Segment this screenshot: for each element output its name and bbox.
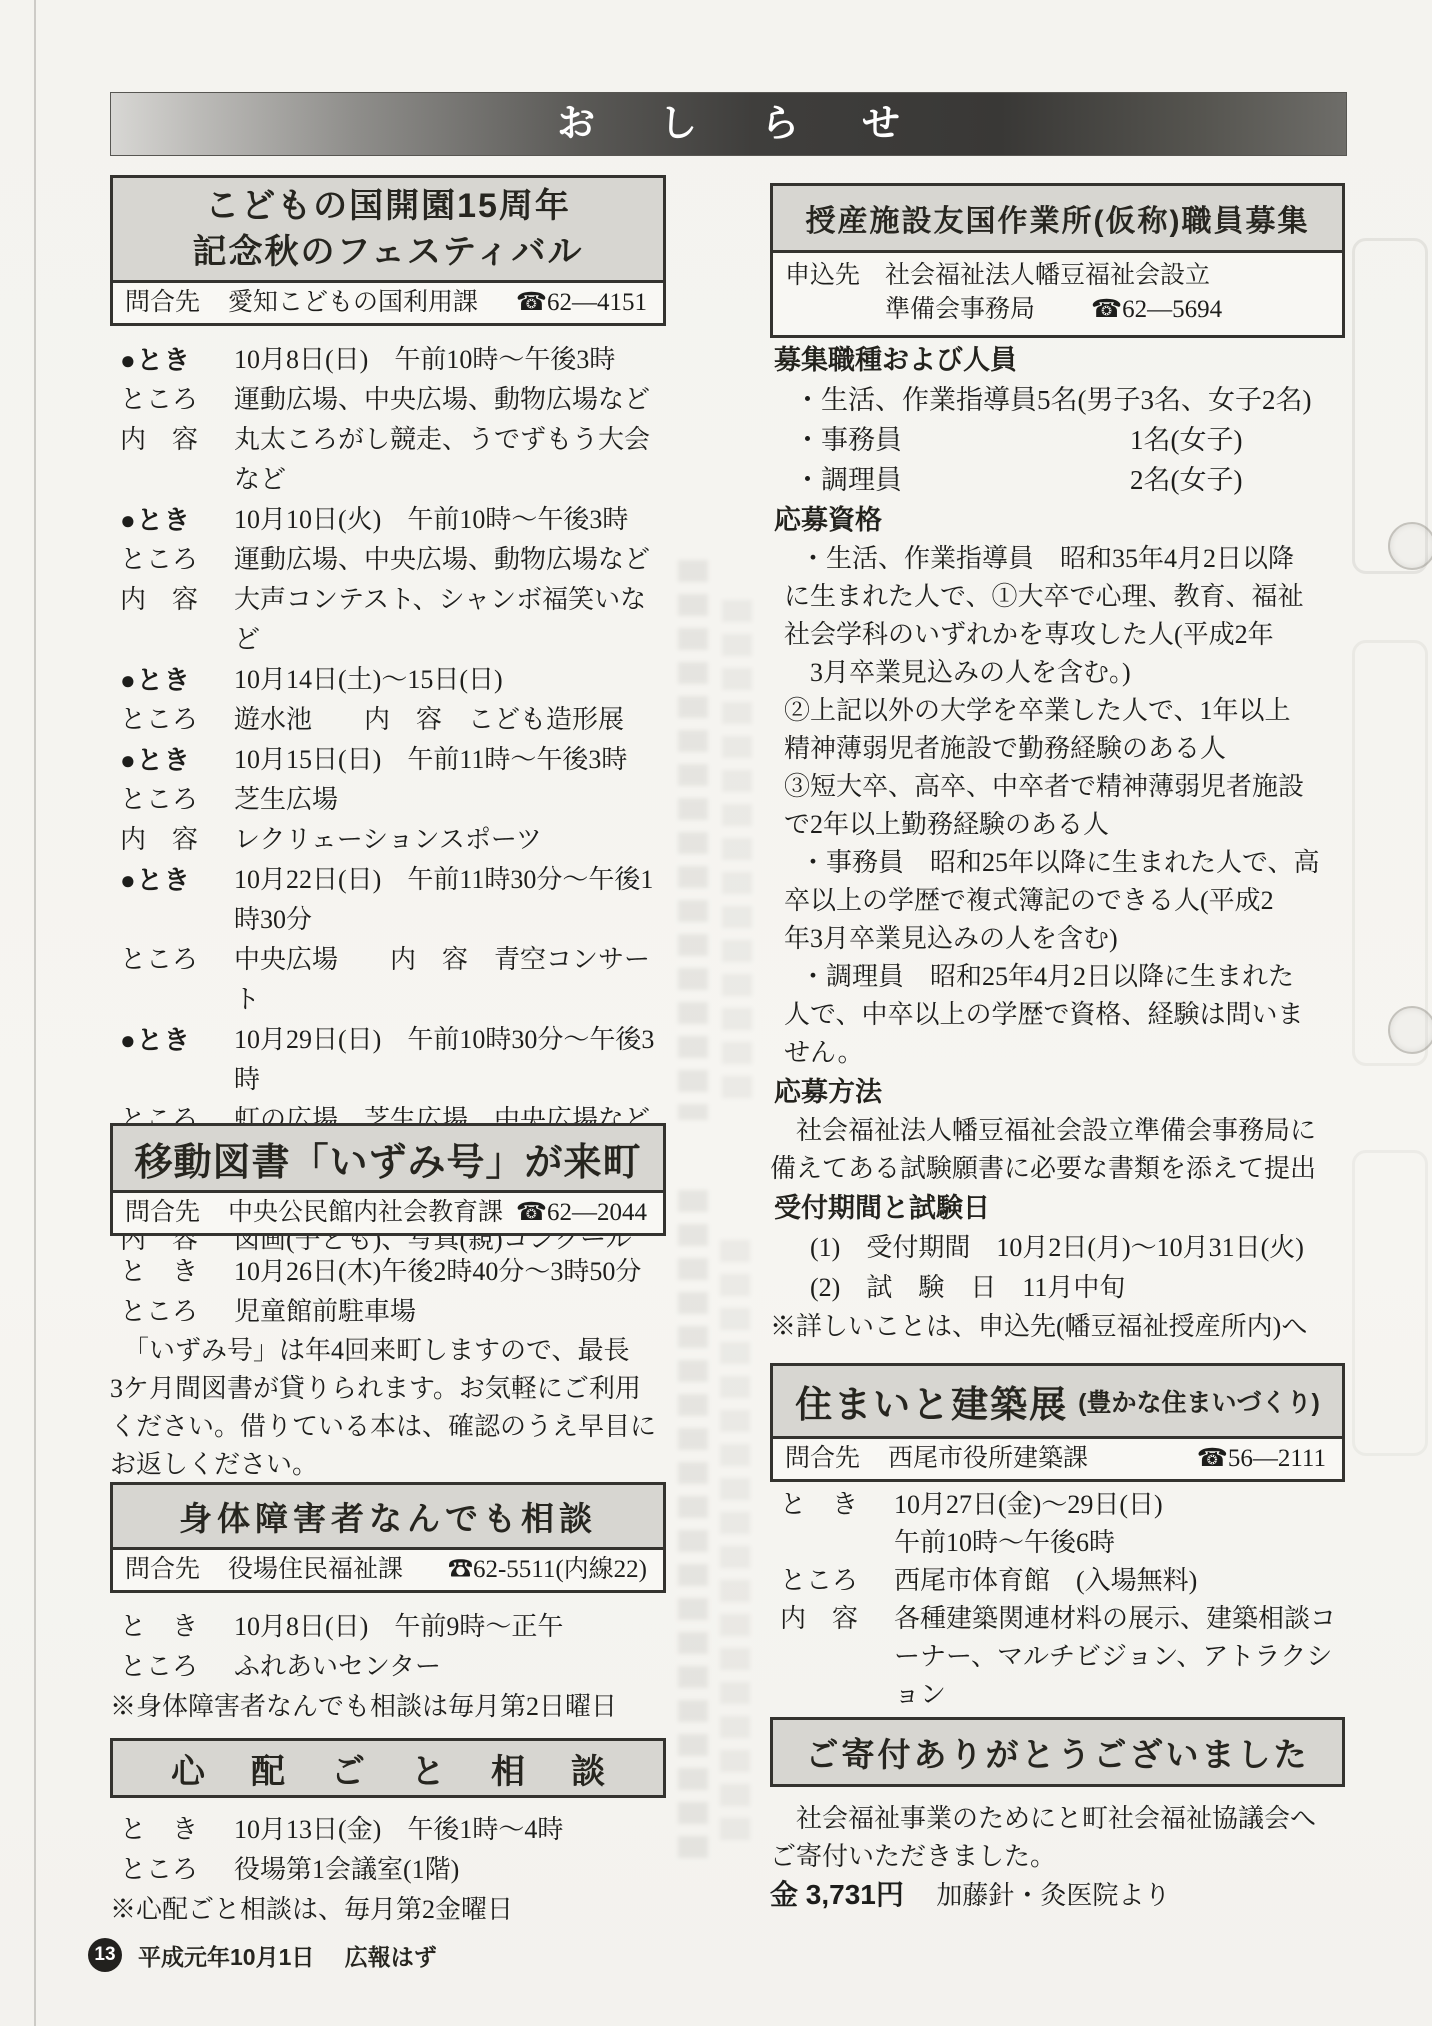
position-name: ・事務員 (770, 420, 1130, 460)
row-label: ところ (110, 700, 234, 740)
row-label: ところ (110, 940, 234, 980)
schedule-row: と き10月26日(木)午後2時40分〜3時50分 (110, 1252, 666, 1292)
row-label: ●とき (110, 660, 234, 700)
bleedthrough-artifact (1352, 238, 1428, 574)
row-label: と き (110, 1810, 234, 1850)
row-value: 運動広場、中央広場、動物広場など (234, 380, 666, 420)
bleedthrough-artifact (1352, 640, 1428, 1066)
section-disability-consultation: 身体障害者なんでも相談 問合先 役場住民福祉課 ☎62-5511(内線22) と… (110, 1482, 666, 1727)
row-value: 10月14日(土)〜15日(日) (234, 660, 666, 700)
announcements-banner: おしらせ (110, 92, 1347, 156)
schedule-row: ところ運動広場、中央広場、動物広場など (110, 540, 666, 580)
page-number-badge: 13 (88, 1938, 122, 1972)
donation-body: 社会福祉事業のためにと町社会福祉協議会へ ご寄付いただきました。 金 3,731… (770, 1800, 1345, 1915)
row-value: 役場第1会議室(1階) (234, 1850, 666, 1890)
row-label: ところ (770, 1562, 894, 1600)
schedule-row: ところふれあいセンター (110, 1647, 666, 1687)
schedule-line: (2) 試 験 日 11月中旬 (770, 1268, 1345, 1308)
position-item: ・調理員 2名(女子) (770, 460, 1345, 500)
row-value: レクリェーションスポーツ (234, 820, 666, 860)
recruitment-title: 授産施設友国作業所(仮称)職員募集 (773, 186, 1342, 250)
phone-number: ☎62-5511(内線22) (448, 1550, 651, 1590)
worry-body: と き10月13日(金) 午後1時〜4時 ところ役場第1会議室(1階) ※心配ご… (110, 1810, 666, 1930)
library-title: 移動図書「いずみ号」が来町 (113, 1126, 663, 1190)
qualification-line: 卒以上の学歴で複式簿記のできる人(平成2 (770, 882, 1345, 920)
row-label: ●とき (110, 740, 234, 780)
apply-label: 申込先 (785, 259, 885, 327)
festival-body: ●とき10月8日(日) 午前10時〜午後3時 ところ運動広場、中央広場、動物広場… (110, 340, 666, 1260)
schedule-row: ●とき10月8日(日) 午前10時〜午後3時 (110, 340, 666, 380)
row-value: ーナー、マルチビジョン、アトラクション (894, 1638, 1345, 1714)
schedule-note: ※詳しいことは、申込先(幡豆福祉授産所内)へ (770, 1308, 1345, 1346)
contact-label: 問合先 (785, 1439, 860, 1479)
qualification-line: 人で、中卒以上の学歴で資格、経験は問いま (770, 996, 1345, 1034)
schedule-row: 内 容大声コンテスト、シャンボ福笑いなど (110, 580, 666, 660)
schedule-row: ところ中央広場 内 容 青空コンサート (110, 940, 666, 1020)
contact-label: 問合先 (125, 1550, 200, 1590)
position-count: 2名(女子) (1130, 460, 1242, 500)
schedule-row: ところ運動広場、中央広場、動物広場など (110, 380, 666, 420)
disability-body: と き10月8日(日) 午前9時〜正午 ところふれあいセンター ※身体障害者なん… (110, 1607, 666, 1727)
library-title-box: 移動図書「いずみ号」が来町 問合先 中央公民館内社会教育課 ☎62—2044 (110, 1123, 666, 1236)
phone-number: ☎62—2044 (516, 1193, 651, 1233)
schedule-row: ところ芝生広場 (110, 780, 666, 820)
housing-title: 住まいと建築展 (豊かな住まいづくり) (773, 1366, 1342, 1436)
worry-title-box: 心配ごと相談 (110, 1738, 666, 1798)
section-worry-consultation: 心配ごと相談 と き10月13日(金) 午後1時〜4時 ところ役場第1会議室(1… (110, 1738, 666, 1930)
row-label: ところ (110, 540, 234, 580)
method-line: 備えてある試験願書に必要な書類を添えて提出 (770, 1150, 1345, 1188)
library-contact-row: 問合先 中央公民館内社会教育課 ☎62—2044 (113, 1190, 663, 1233)
row-value: ふれあいセンター (234, 1647, 666, 1687)
schedule-heading: 受付期間と試験日 (770, 1188, 1345, 1228)
qualification-line: 年3月卒業見込みの人を含む) (770, 920, 1345, 958)
row-label: ところ (110, 780, 234, 820)
section-donation-thanks: ご寄付ありがとうございました (770, 1717, 1345, 1787)
row-value: 10月29日(日) 午前10時30分〜午後3時 (234, 1020, 666, 1100)
row-label: と き (110, 1252, 234, 1292)
schedule-row: ところ役場第1会議室(1階) (110, 1850, 666, 1890)
note-line: ※心配ごと相談は、毎月第2金曜日 (110, 1890, 666, 1930)
schedule-row: ●とき10月15日(日) 午前11時〜午後3時 (110, 740, 666, 780)
bleedthrough-artifact (678, 560, 708, 1120)
festival-title-line2: 記念秋のフェスティバル (193, 229, 584, 275)
section-mobile-library: 移動図書「いずみ号」が来町 問合先 中央公民館内社会教育課 ☎62—2044 と… (110, 1123, 666, 1484)
schedule-row: ●とき10月14日(土)〜15日(日) (110, 660, 666, 700)
recruitment-apply-row: 申込先 社会福祉法人幡豆福祉会設立 準備会事務局 ☎62—5694 (773, 250, 1342, 335)
section-recruitment: 授産施設友国作業所(仮称)職員募集 申込先 社会福祉法人幡豆福祉会設立 準備会事… (770, 183, 1345, 338)
row-value: 10月27日(金)〜29日(日) (894, 1486, 1345, 1524)
contact-name: 愛知こどもの国利用課 (228, 283, 478, 323)
schedule-row: ところ児童館前駐車場 (110, 1292, 666, 1332)
contact-label: 問合先 (125, 283, 200, 323)
schedule-line: (1) 受付期間 10月2日(月)〜10月31日(火) (770, 1228, 1345, 1268)
schedule-row: 内 容丸太ころがし競走、うでずもう大会など (110, 420, 666, 500)
apply-line1: 社会福祉法人幡豆福祉会設立 (885, 259, 1330, 293)
phone-number: ☎62—4151 (516, 283, 651, 323)
footer-date: 平成元年10月1日 (138, 1944, 314, 1970)
row-label: 内 容 (110, 580, 234, 620)
qualification-line: ②上記以外の大学を卒業した人で、1年以上 (770, 692, 1345, 730)
footer-publication: 広報はず (345, 1944, 437, 1970)
housing-title-main: 住まいと建築展 (795, 1374, 1068, 1428)
qualification-line: ・調理員 昭和25年4月2日以降に生まれた (770, 958, 1345, 996)
row-label: ●とき (110, 860, 234, 900)
row-label: ところ (110, 1292, 234, 1332)
qualification-line: 3月卒業見込みの人を含む。) (770, 654, 1345, 692)
schedule-row: ●とき10月29日(日) 午前10時30分〜午後3時 (110, 1020, 666, 1100)
row-value: 10月13日(金) 午後1時〜4時 (234, 1810, 666, 1850)
row-label: と き (770, 1486, 894, 1524)
qualification-line: に生まれた人で、①大卒で心理、教育、福祉 (770, 578, 1345, 616)
bleedthrough-artifact (678, 1190, 708, 1870)
schedule-row: 午前10時〜午後6時 (770, 1524, 1345, 1562)
festival-contact-row: 問合先 愛知こどもの国利用課 ☎62—4151 (113, 280, 663, 323)
qualifications-heading: 応募資格 (770, 500, 1345, 540)
section-festival: こどもの国開園15周年 記念秋のフェスティバル 問合先 愛知こどもの国利用課 ☎… (110, 175, 666, 1260)
row-value: 児童館前駐車場 (234, 1292, 666, 1332)
donation-amount-line: 金 3,731円 加藤針・灸医院より (770, 1876, 1345, 1915)
row-value: 遊水池 内 容 こども造形展 (234, 700, 666, 740)
schedule-row: と き10月8日(日) 午前9時〜正午 (110, 1607, 666, 1647)
recruitment-body: 募集職種および人員 ・生活、作業指導員5名(男子3名、女子2名) ・事務員 1名… (770, 340, 1345, 1346)
festival-title: こどもの国開園15周年 記念秋のフェスティバル (113, 178, 663, 280)
library-body: と き10月26日(木)午後2時40分〜3時50分 ところ児童館前駐車場 「いず… (110, 1252, 666, 1484)
position-item: ・事務員 1名(女子) (770, 420, 1345, 460)
festival-title-box: こどもの国開園15周年 記念秋のフェスティバル 問合先 愛知こどもの国利用課 ☎… (110, 175, 666, 326)
row-label: 内 容 (770, 1600, 894, 1638)
schedule-row: と き10月13日(金) 午後1時〜4時 (110, 1810, 666, 1850)
worry-title: 心配ごと相談 (113, 1741, 663, 1795)
apply-office: 準備会事務局 (885, 293, 1035, 327)
row-value: 中央広場 内 容 青空コンサート (234, 940, 666, 1020)
section-housing-exhibition: 住まいと建築展 (豊かな住まいづくり) 問合先 西尾市役所建築課 ☎56—211… (770, 1363, 1345, 1482)
paragraph-line: お返しください。 (110, 1446, 666, 1484)
donation-amount: 金 3,731円 (770, 1879, 904, 1910)
page-footer: 13 平成元年10月1日 広報はず (88, 1938, 437, 1972)
row-label: 内 容 (110, 820, 234, 860)
footer-text: 平成元年10月1日 広報はず (138, 1939, 437, 1972)
housing-body: と き10月27日(金)〜29日(日) 午前10時〜午後6時 ところ西尾市体育館… (770, 1486, 1345, 1752)
schedule-row: 内 容各種建築関連材料の展示、建築相談コ (770, 1600, 1345, 1638)
row-label: 内 容 (110, 420, 234, 460)
donation-line: 社会福祉事業のためにと町社会福祉協議会へ (770, 1800, 1345, 1838)
donation-title: ご寄付ありがとうございました (773, 1720, 1342, 1784)
schedule-row: と き10月27日(金)〜29日(日) (770, 1486, 1345, 1524)
position-count: 1名(女子) (1130, 420, 1242, 460)
disability-title: 身体障害者なんでも相談 (113, 1485, 663, 1547)
qualification-line: せん。 (770, 1034, 1345, 1072)
row-value: 西尾市体育館 (入場無料) (894, 1562, 1345, 1600)
contact-name: 役場住民福祉課 (228, 1550, 403, 1590)
bleedthrough-artifact (722, 600, 752, 1100)
row-value: 大声コンテスト、シャンボ福笑いなど (234, 580, 666, 660)
apply-value: 社会福祉法人幡豆福祉会設立 準備会事務局 ☎62—5694 (885, 259, 1330, 327)
scan-edge-line (34, 0, 36, 2026)
phone-number: ☎62—5694 (1091, 293, 1222, 327)
schedule-row: ーナー、マルチビジョン、アトラクション (770, 1638, 1345, 1714)
schedule-row: ●とき10月22日(日) 午前11時30分〜午後1時30分 (110, 860, 666, 940)
row-label: ところ (110, 380, 234, 420)
qualification-line: 精神薄弱児者施設で勤務経験のある人 (770, 730, 1345, 768)
row-label: と き (110, 1607, 234, 1647)
paragraph-line: ください。借りている本は、確認のうえ早目に (110, 1408, 666, 1446)
schedule-row: ●とき10月10日(火) 午前10時〜午後3時 (110, 500, 666, 540)
newsletter-page: おしらせ こどもの国開園15周年 記念秋のフェスティバル 問合先 愛知こどもの国… (0, 0, 1432, 2026)
paragraph-line: 3ケ月間図書が貸りられます。お気軽にご利用 (110, 1370, 666, 1408)
row-value: 運動広場、中央広場、動物広場など (234, 540, 666, 580)
schedule-row: ところ西尾市体育館 (入場無料) (770, 1562, 1345, 1600)
row-label: ●とき (110, 340, 234, 380)
bleedthrough-artifact (720, 1240, 750, 1840)
row-value: 10月8日(日) 午前10時〜午後3時 (234, 340, 666, 380)
donation-title-box: ご寄付ありがとうございました (770, 1717, 1345, 1787)
method-line: 社会福祉法人幡豆福祉会設立準備会事務局に (770, 1112, 1345, 1150)
banner-title: おしらせ (493, 105, 964, 143)
row-value: 芝生広場 (234, 780, 666, 820)
row-value: 丸太ころがし競走、うでずもう大会など (234, 420, 666, 500)
row-value: 10月26日(木)午後2時40分〜3時50分 (234, 1252, 666, 1292)
paragraph-line: 「いずみ号」は年4回来町しますので、最長 (110, 1332, 666, 1370)
housing-contact-row: 問合先 西尾市役所建築課 ☎56—2111 (773, 1436, 1342, 1479)
row-label: ●とき (110, 500, 234, 540)
recruitment-title-box: 授産施設友国作業所(仮称)職員募集 申込先 社会福祉法人幡豆福祉会設立 準備会事… (770, 183, 1345, 338)
qualification-line: ・生活、作業指導員 昭和35年4月2日以降 (770, 540, 1345, 578)
schedule-row: ところ遊水池 内 容 こども造形展 (110, 700, 666, 740)
row-label: ところ (110, 1850, 234, 1890)
donation-line: ご寄付いただきました。 (770, 1838, 1345, 1876)
row-value: 10月15日(日) 午前11時〜午後3時 (234, 740, 666, 780)
housing-title-sub: (豊かな住まいづくり) (1078, 1383, 1320, 1419)
row-value: 10月10日(火) 午前10時〜午後3時 (234, 500, 666, 540)
contact-label: 問合先 (125, 1193, 200, 1233)
phone-number: ☎56—2111 (1197, 1439, 1330, 1479)
row-value: 10月22日(日) 午前11時30分〜午後1時30分 (234, 860, 666, 940)
housing-title-box: 住まいと建築展 (豊かな住まいづくり) 問合先 西尾市役所建築課 ☎56—211… (770, 1363, 1345, 1482)
row-label: ところ (110, 1647, 234, 1687)
position-item: ・生活、作業指導員5名(男子3名、女子2名) (770, 380, 1345, 420)
row-value: 午前10時〜午後6時 (894, 1524, 1345, 1562)
festival-title-line1: こどもの国開園15周年 (205, 183, 571, 229)
row-value: 各種建築関連材料の展示、建築相談コ (894, 1600, 1345, 1638)
qualification-line: ・事務員 昭和25年以降に生まれた人で、高 (770, 844, 1345, 882)
position-name: ・調理員 (770, 460, 1130, 500)
apply-line2: 準備会事務局 ☎62—5694 (885, 293, 1330, 327)
qualification-line: 社会学科のいずれかを専攻した人(平成2年 (770, 616, 1345, 654)
row-value: 10月8日(日) 午前9時〜正午 (234, 1607, 666, 1647)
positions-heading: 募集職種および人員 (770, 340, 1345, 380)
bleedthrough-artifact (1352, 1150, 1428, 1456)
qualification-line: ③短大卒、高卒、中卒者で精神薄弱児者施設 (770, 768, 1345, 806)
method-heading: 応募方法 (770, 1072, 1345, 1112)
note-line: ※身体障害者なんでも相談は毎月第2日曜日 (110, 1687, 666, 1727)
disability-title-box: 身体障害者なんでも相談 問合先 役場住民福祉課 ☎62-5511(内線22) (110, 1482, 666, 1593)
row-label: ●とき (110, 1020, 234, 1060)
contact-name: 西尾市役所建築課 (888, 1439, 1088, 1479)
qualification-line: で2年以上勤務経験のある人 (770, 806, 1345, 844)
disability-contact-row: 問合先 役場住民福祉課 ☎62-5511(内線22) (113, 1547, 663, 1590)
contact-name: 中央公民館内社会教育課 (228, 1193, 503, 1233)
donation-donor: 加藤針・灸医院より (936, 1881, 1170, 1910)
schedule-row: 内 容レクリェーションスポーツ (110, 820, 666, 860)
